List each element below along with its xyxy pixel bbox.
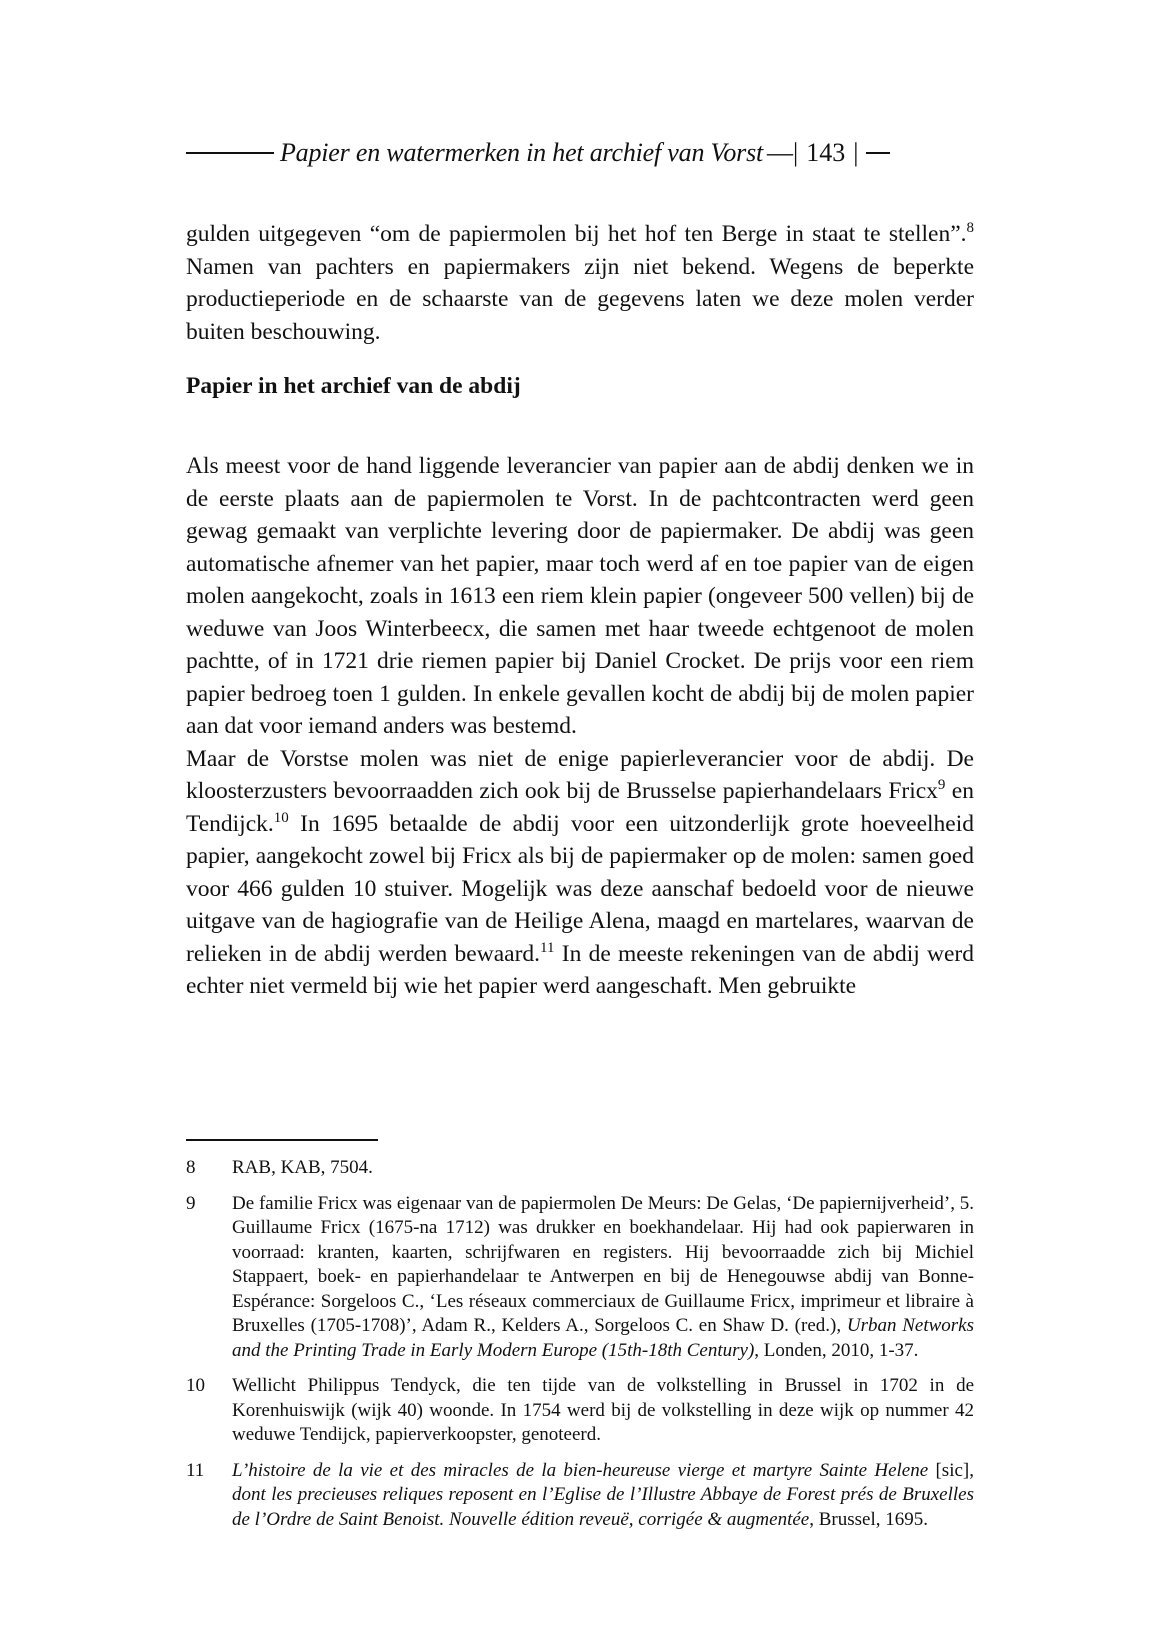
footnote-number: 8 xyxy=(186,1156,232,1181)
footnote-separator-rule xyxy=(186,1139,378,1141)
running-head: Papier en watermerken in het archief van… xyxy=(186,138,986,168)
paragraph-text: Maar de Vorstse molen was niet de enige … xyxy=(186,746,974,805)
page-number: 143 xyxy=(806,138,845,168)
footnote-ref-11[interactable]: 11 xyxy=(540,940,554,956)
footnote-8: 8 RAB, KAB, 7504. xyxy=(186,1156,974,1181)
footnote-11: 11 L’histoire de la vie et des miracles … xyxy=(186,1459,974,1533)
header-rule-right xyxy=(866,152,890,154)
footnote-text: De familie Fricx was eigenaar van de pap… xyxy=(232,1192,974,1364)
section-heading: Papier in het archief van de abdij xyxy=(186,370,521,402)
footnote-text-part: [sic], xyxy=(928,1460,974,1481)
footnote-number: 9 xyxy=(186,1192,232,1364)
footnote-text: RAB, KAB, 7504. xyxy=(232,1156,974,1181)
paragraph-text: gulden uitgegeven “om de papiermolen bij… xyxy=(186,221,967,247)
footnote-italic-title: L’histoire de la vie et des miracles de … xyxy=(232,1460,928,1481)
footnote-number: 10 xyxy=(186,1374,232,1448)
header-bar-separator: | xyxy=(853,138,858,168)
footnote-9: 9 De familie Fricx was eigenaar van de p… xyxy=(186,1192,974,1364)
footnote-text-part: , Londen, 2010, 1-37. xyxy=(754,1340,918,1361)
footnote-text: Wellicht Philippus Tendyck, die ten tijd… xyxy=(232,1374,974,1448)
footnote-10: 10 Wellicht Philippus Tendyck, die ten t… xyxy=(186,1374,974,1448)
paragraph-text: Namen van pachters en papiermakers zijn … xyxy=(186,254,974,345)
document-page: Papier en watermerken in het archief van… xyxy=(0,0,1165,1650)
footnote-number: 11 xyxy=(186,1459,232,1533)
header-rule-left xyxy=(186,152,274,154)
footnote-ref-10[interactable]: 10 xyxy=(274,810,289,826)
running-head-title: Papier en watermerken in het archief van… xyxy=(280,138,763,168)
body-section: Als meest voor de hand liggende leveranc… xyxy=(186,450,974,1003)
body-paragraph-3: Maar de Vorstse molen was niet de enige … xyxy=(186,743,974,1003)
body-paragraph-1: gulden uitgegeven “om de papiermolen bij… xyxy=(186,218,974,348)
header-dash-separator: —| xyxy=(767,138,798,168)
footnote-text: L’histoire de la vie et des miracles de … xyxy=(232,1459,974,1533)
footnote-text-part: , Brussel, 1695. xyxy=(809,1509,928,1530)
footnote-ref-8[interactable]: 8 xyxy=(967,220,975,236)
body-paragraph-2: Als meest voor de hand liggende leveranc… xyxy=(186,450,974,743)
footnotes: 8 RAB, KAB, 7504. 9 De familie Fricx was… xyxy=(186,1156,974,1543)
